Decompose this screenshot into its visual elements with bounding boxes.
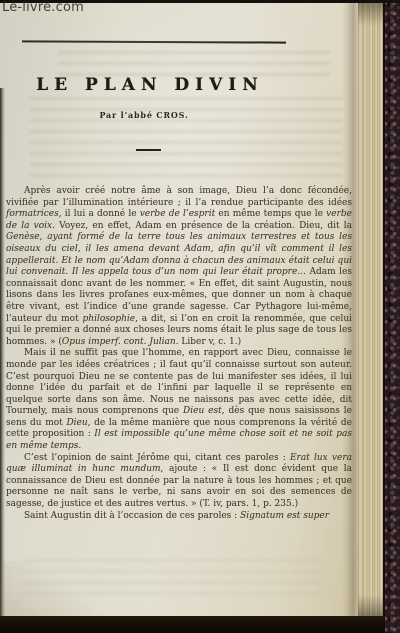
show-through-text [22, 559, 322, 601]
paragraph-4: Saint Augustin dit à l’occasion de ces p… [6, 511, 352, 523]
author-line: Par l’abbé CROS. [0, 110, 288, 120]
book-page: LE PLAN DIVIN Par l’abbé CROS. Après avo… [0, 3, 358, 616]
page-title: LE PLAN DIVIN [0, 75, 300, 95]
show-through-text [58, 51, 330, 77]
paragraph-2: Mais il ne suffit pas que l’homme, en ra… [6, 348, 352, 452]
page-text: Après avoir créé notre âme à son image, … [6, 186, 352, 522]
left-crop-shadow [0, 88, 5, 616]
book-cover-marbled [383, 0, 400, 633]
watermark: Le-livre.com [2, 0, 84, 15]
section-divider-dash [136, 149, 161, 151]
header-rule [22, 40, 286, 43]
paragraph-1: Après avoir créé notre âme à son image, … [6, 186, 352, 348]
photo-bottom-border [0, 616, 385, 633]
book-photo: LE PLAN DIVIN Par l’abbé CROS. Après avo… [0, 0, 400, 633]
page-edge-stack [355, 0, 385, 633]
paragraph-3: C’est l’opinion de saint Jérôme qui, cit… [6, 453, 352, 511]
